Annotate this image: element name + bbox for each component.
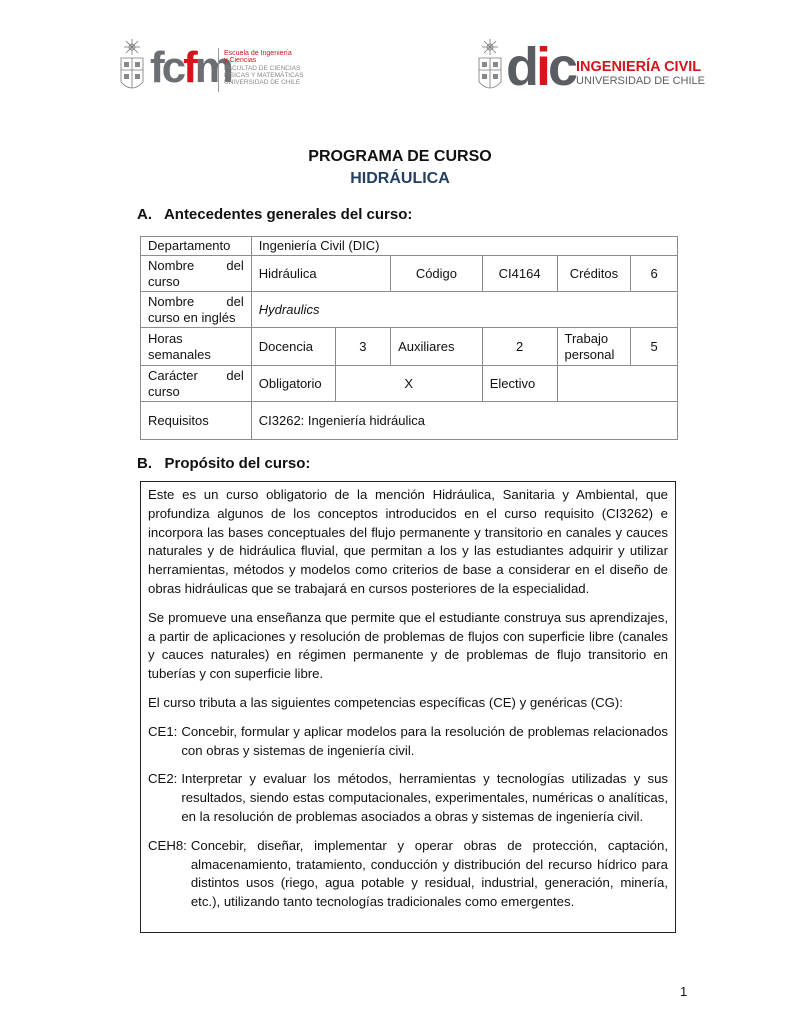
fcfm-caption: Escuela de Ingeniería y Ciencias FACULTA… [224,50,303,86]
horas-label: Horas semanales [141,328,252,366]
creditos-value: 6 [631,256,678,292]
electivo-value [557,366,678,402]
dic-caption: INGENIERÍA CIVIL UNIVERSIDAD DE CHILE [576,60,705,87]
departamento-value: Ingeniería Civil (DIC) [251,237,677,256]
dic-logo: dic INGENIERÍA CIVIL UNIVERSIDAD DE CHIL… [476,38,686,100]
electivo-label: Electivo [482,366,557,402]
docencia-label: Docencia [251,328,335,366]
section-a-heading: A. Antecedentes generales del curso: [137,206,412,223]
caracter-label: Carácterdel curso [141,366,252,402]
logo-divider [218,48,219,92]
nombre-en-value: Hydraulics [251,292,677,328]
table-row: Departamento Ingeniería Civil (DIC) [141,237,678,256]
codigo-label: Código [391,256,483,292]
auxiliares-label: Auxiliares [391,328,483,366]
course-title: HIDRÁULICA [0,170,800,188]
section-b-heading: B. Propósito del curso: [137,455,310,472]
codigo-value: CI4164 [482,256,557,292]
dic-wordmark: dic [506,40,575,94]
departamento-label: Departamento [141,237,252,256]
fcfm-logo: fcfm Escuela de Ingeniería y Ciencias FA… [118,38,308,100]
table-row: Requisitos CI3262: Ingeniería hidráulica [141,402,678,440]
docencia-value: 3 [335,328,390,366]
university-crest-icon [118,38,146,98]
table-row: Nombredel curso Hidráulica Código CI4164… [141,256,678,292]
nombre-value: Hidráulica [251,256,390,292]
trabajo-label: Trabajo personal [557,328,631,366]
purpose-box: Este es un curso obligatorio de la menci… [140,481,676,933]
requisitos-label: Requisitos [141,402,252,440]
page-number: 1 [680,984,687,999]
obligatorio-value: X [335,366,482,402]
purpose-paragraph-3: El curso tributa a las siguientes compet… [148,694,668,713]
table-row: Horas semanales Docencia 3 Auxiliares 2 … [141,328,678,366]
obligatorio-label: Obligatorio [251,366,335,402]
trabajo-value: 5 [631,328,678,366]
competency-ce1: CE1: Concebir, formular y aplicar modelo… [148,723,668,761]
requisitos-value: CI3262: Ingeniería hidráulica [251,402,677,440]
university-crest-icon [476,38,504,98]
auxiliares-value: 2 [482,328,557,366]
creditos-label: Créditos [557,256,631,292]
competency-ce2: CE2: Interpretar y evaluar los métodos, … [148,770,668,826]
competency-ceh8: CEH8: Concebir, diseñar, implementar y o… [148,837,668,912]
table-row: Carácterdel curso Obligatorio X Electivo [141,366,678,402]
nombre-en-label: Nombredel curso en inglés [141,292,252,328]
nombre-label: Nombredel curso [141,256,252,292]
purpose-paragraph-2: Se promueve una enseñanza que permite qu… [148,609,668,684]
document-title: PROGRAMA DE CURSO [0,148,800,166]
general-info-table: Departamento Ingeniería Civil (DIC) Nomb… [140,236,678,440]
table-row: Nombredel curso en inglés Hydraulics [141,292,678,328]
purpose-paragraph-1: Este es un curso obligatorio de la menci… [148,486,668,599]
